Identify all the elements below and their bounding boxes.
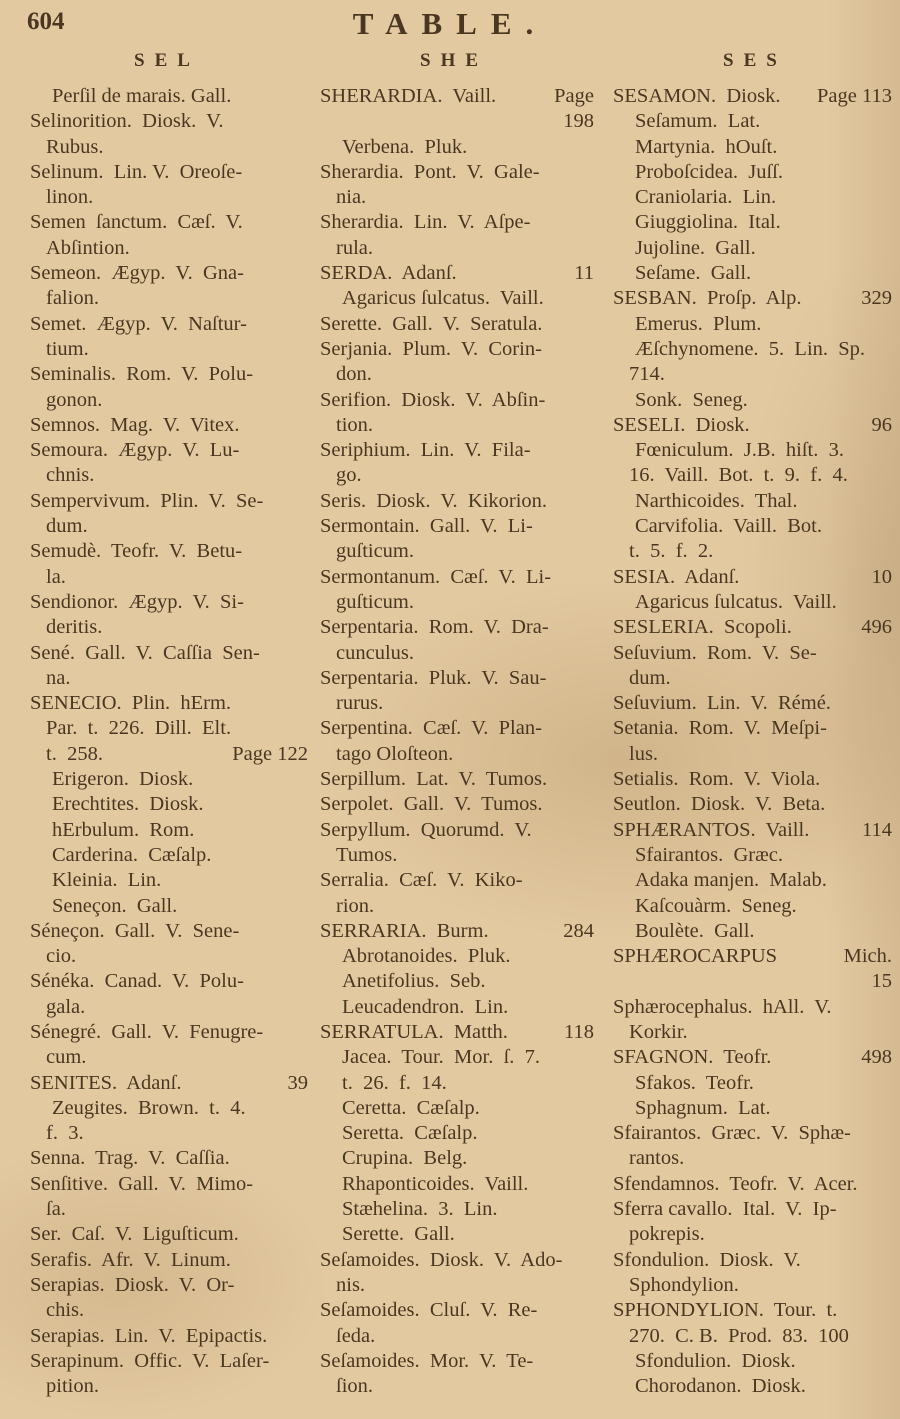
entry-text: Seſuvium. Rom. V. Se- bbox=[613, 641, 817, 666]
entry-text: guſticum. bbox=[336, 539, 414, 564]
entry-text: ſa. bbox=[46, 1197, 66, 1222]
index-entry: SFAGNON. Teofr.498 bbox=[613, 1045, 892, 1070]
entry-text: Narthicoides. Thal. bbox=[635, 489, 797, 514]
index-entry: Proboſcidea. Juſſ. bbox=[613, 160, 892, 185]
index-entry: Semet. Ægyp. V. Naſtur- bbox=[30, 312, 308, 337]
entry-text: Semnos. Mag. V. Vitex. bbox=[30, 413, 239, 438]
index-entry: Semen ſanctum. Cæſ. V. bbox=[30, 210, 308, 235]
index-entry: SENITES. Adanſ.39 bbox=[30, 1071, 308, 1096]
entry-text: Korkir. bbox=[629, 1020, 688, 1045]
index-entry: Seris. Diosk. V. Kikorion. bbox=[320, 489, 594, 514]
index-entry: ſa. bbox=[30, 1197, 308, 1222]
index-entry: rula. bbox=[320, 236, 594, 261]
entry-text: Boulète. Gall. bbox=[635, 919, 755, 944]
entry-text: Semoura. Ægyp. V. Lu- bbox=[30, 438, 239, 463]
entry-text: linon. bbox=[46, 185, 93, 210]
index-entry: SESBAN. Proſp. Alp.329 bbox=[613, 286, 892, 311]
entry-text: Kleinia. Lin. bbox=[52, 868, 161, 893]
entry-text: Sénéka. Canad. V. Polu- bbox=[30, 969, 244, 994]
entry-text: Sené. Gall. V. Caſſia Sen- bbox=[30, 641, 260, 666]
index-entry: Stæhelina. 3. Lin. bbox=[320, 1197, 594, 1222]
index-entry: SPHONDYLION. Tour. t. bbox=[613, 1298, 892, 1323]
index-entry: Erigeron. Diosk. bbox=[30, 767, 308, 792]
entry-text: Erigeron. Diosk. bbox=[52, 767, 193, 792]
index-entry: Serapinum. Offic. V. Laſer- bbox=[30, 1349, 308, 1374]
entry-text: Sherardia. Pont. V. Gale- bbox=[320, 160, 540, 185]
entry-text: chnis. bbox=[46, 463, 94, 488]
index-entry: Séneçon. Gall. V. Sene- bbox=[30, 919, 308, 944]
entry-text: go. bbox=[336, 463, 362, 488]
entry-text: Sphondylion. bbox=[629, 1273, 739, 1298]
index-entry: Semeon. Ægyp. V. Gna- bbox=[30, 261, 308, 286]
index-entry: Zeugites. Brown. t. 4. bbox=[30, 1096, 308, 1121]
entry-text: Semet. Ægyp. V. Naſtur- bbox=[30, 312, 247, 337]
entry-text: cio. bbox=[46, 944, 76, 969]
entry-text: dum. bbox=[46, 514, 88, 539]
page-reference: Mich. bbox=[844, 944, 892, 969]
entry-text: Carderina. Cæſalp. bbox=[52, 843, 211, 868]
entry-text: SESIA. Adanſ. bbox=[613, 565, 739, 590]
entry-text: na. bbox=[46, 666, 70, 691]
entry-text: Sendionor. Ægyp. V. Si- bbox=[30, 590, 244, 615]
entry-text: Kaſcouàrm. Seneg. bbox=[635, 894, 797, 919]
entry-text: SHERARDIA. Vaill. bbox=[320, 84, 496, 109]
page-reference: 118 bbox=[564, 1020, 594, 1045]
index-entry: Narthicoides. Thal. bbox=[613, 489, 892, 514]
entry-text: Serafis. Afr. V. Linum. bbox=[30, 1248, 231, 1273]
index-entry: Seſuvium. Rom. V. Se- bbox=[613, 641, 892, 666]
entry-text: rantos. bbox=[629, 1146, 684, 1171]
entry-text: rurus. bbox=[336, 691, 383, 716]
entry-text: Seſamoides. Cluſ. V. Re- bbox=[320, 1298, 537, 1323]
entry-text: Serralia. Cæſ. V. Kiko- bbox=[320, 868, 523, 893]
index-entry: 270. C. B. Prod. 83. 100 bbox=[613, 1324, 892, 1349]
index-entry: rurus. bbox=[320, 691, 594, 716]
entry-text: Carvifolia. Vaill. Bot. bbox=[635, 514, 822, 539]
index-entry: Sfakos. Teofr. bbox=[613, 1071, 892, 1096]
entry-text: Giuggiolina. Ital. bbox=[635, 210, 781, 235]
entry-text: SERRARIA. Burm. bbox=[320, 919, 489, 944]
entry-text: Seretta. Cæſalp. bbox=[342, 1121, 478, 1146]
index-entry: Serpentina. Cæſ. V. Plan- bbox=[320, 716, 594, 741]
index-entry: Anetifolius. Seb. bbox=[320, 969, 594, 994]
entry-text: Serette. Gall. V. Seratula. bbox=[320, 312, 542, 337]
entry-text: Sfondulion. Diosk. bbox=[635, 1349, 796, 1374]
entry-text: SENITES. Adanſ. bbox=[30, 1071, 181, 1096]
entry-text: Seſamum. Lat. bbox=[635, 109, 760, 134]
index-entry: Serpentaria. Pluk. V. Sau- bbox=[320, 666, 594, 691]
index-entry: 714. bbox=[613, 362, 892, 387]
index-entry: Senna. Trag. V. Caſſia. bbox=[30, 1146, 308, 1171]
entry-text: Senna. Trag. V. Caſſia. bbox=[30, 1146, 230, 1171]
entry-text: Serapias. Diosk. V. Or- bbox=[30, 1273, 234, 1298]
index-entry: Sferra cavallo. Ital. V. Ip- bbox=[613, 1197, 892, 1222]
index-entry: chnis. bbox=[30, 463, 308, 488]
index-entry: Sphagnum. Lat. bbox=[613, 1096, 892, 1121]
entry-text: 270. C. B. Prod. 83. 100 bbox=[629, 1324, 849, 1349]
entry-text: SESELI. Diosk. bbox=[613, 413, 750, 438]
index-entry: Carvifolia. Vaill. Bot. bbox=[613, 514, 892, 539]
entry-text: tium. bbox=[46, 337, 89, 362]
index-entry: SERDA. Adanſ.11 bbox=[320, 261, 594, 286]
entry-text: Rubus. bbox=[46, 135, 104, 160]
entry-text: gonon. bbox=[46, 388, 102, 413]
entry-text: rion. bbox=[336, 894, 374, 919]
entry-text: pition. bbox=[46, 1374, 99, 1399]
entry-text: Seriphium. Lin. V. Fila- bbox=[320, 438, 531, 463]
index-entry: Serafis. Afr. V. Linum. bbox=[30, 1248, 308, 1273]
entry-text: Zeugites. Brown. t. 4. bbox=[52, 1096, 246, 1121]
entry-text: Sphagnum. Lat. bbox=[635, 1096, 771, 1121]
index-entry: Agaricus ſulcatus. Vaill. bbox=[320, 286, 594, 311]
index-entry: Giuggiolina. Ital. bbox=[613, 210, 892, 235]
index-entry: don. bbox=[320, 362, 594, 387]
entry-text: Sfairantos. Græc. V. Sphæ- bbox=[613, 1121, 851, 1146]
entry-text: Sfondulion. Diosk. V. bbox=[613, 1248, 801, 1273]
index-entry: Serjania. Plum. V. Corin- bbox=[320, 337, 594, 362]
index-entry: Serifion. Diosk. V. Abſin- bbox=[320, 388, 594, 413]
index-entry: go. bbox=[320, 463, 594, 488]
index-entry: Semudè. Teofr. V. Betu- bbox=[30, 539, 308, 564]
entry-text: SESBAN. Proſp. Alp. bbox=[613, 286, 802, 311]
entry-text: Sénegré. Gall. V. Fenugre- bbox=[30, 1020, 263, 1045]
index-entry: Semoura. Ægyp. V. Lu- bbox=[30, 438, 308, 463]
index-entry: Seſamoides. Cluſ. V. Re- bbox=[320, 1298, 594, 1323]
index-entry: Seminalis. Rom. V. Polu- bbox=[30, 362, 308, 387]
index-entry: Serette. Gall. V. Seratula. bbox=[320, 312, 594, 337]
index-entry: SENECIO. Plin. hErm. bbox=[30, 691, 308, 716]
entry-text: Sfairantos. Græc. bbox=[635, 843, 783, 868]
entry-text: Agaricus ſulcatus. Vaill. bbox=[342, 286, 544, 311]
entry-text: ſeda. bbox=[336, 1324, 375, 1349]
entry-text: Seneçon. Gall. bbox=[52, 894, 177, 919]
entry-text: SPHONDYLION. Tour. t. bbox=[613, 1298, 837, 1323]
index-entry: 16. Vaill. Bot. t. 9. f. 4. bbox=[613, 463, 892, 488]
page-reference: Page bbox=[554, 84, 594, 109]
entry-text: Seutlon. Diosk. V. Beta. bbox=[613, 792, 825, 817]
entry-text: Semeon. Ægyp. V. Gna- bbox=[30, 261, 244, 286]
index-column-she: SHERARDIA. Vaill.Page198Verbena. Pluk.Sh… bbox=[320, 84, 594, 1399]
entry-text: ſion. bbox=[336, 1374, 373, 1399]
index-entry: Agaricus ſulcatus. Vaill. bbox=[613, 590, 892, 615]
index-entry: Sherardia. Pont. V. Gale- bbox=[320, 160, 594, 185]
index-entry: 15 bbox=[613, 969, 892, 994]
entry-text: SENECIO. Plin. hErm. bbox=[30, 691, 231, 716]
index-entry: Seſuvium. Lin. V. Rémé. bbox=[613, 691, 892, 716]
index-entry: Kaſcouàrm. Seneg. bbox=[613, 894, 892, 919]
index-entry: Chorodanon. Diosk. bbox=[613, 1374, 892, 1399]
entry-text: SERRATULA. Matth. bbox=[320, 1020, 508, 1045]
index-entry: SESAMON. Diosk.Page 113 bbox=[613, 84, 892, 109]
entry-text: Agaricus ſulcatus. Vaill. bbox=[635, 590, 837, 615]
entry-text: Abſintion. bbox=[46, 236, 130, 261]
entry-text: SPHÆROCARPUS bbox=[613, 944, 777, 969]
index-entry: falion. bbox=[30, 286, 308, 311]
entry-text: don. bbox=[336, 362, 372, 387]
entry-text: 16. Vaill. Bot. t. 9. f. 4. bbox=[629, 463, 848, 488]
entry-text: Craniolaria. Lin. bbox=[635, 185, 776, 210]
entry-text: dum. bbox=[629, 666, 671, 691]
index-entry: Sempervivum. Plin. V. Se- bbox=[30, 489, 308, 514]
index-entry: Abſintion. bbox=[30, 236, 308, 261]
entry-text: Serpolet. Gall. V. Tumos. bbox=[320, 792, 543, 817]
index-entry: Sendionor. Ægyp. V. Si- bbox=[30, 590, 308, 615]
entry-text: Stæhelina. 3. Lin. bbox=[342, 1197, 497, 1222]
index-entry: Carderina. Cæſalp. bbox=[30, 843, 308, 868]
index-entry: Verbena. Pluk. bbox=[320, 135, 594, 160]
entry-text: SESAMON. Diosk. bbox=[613, 84, 780, 109]
column-header-sel: SEL bbox=[134, 50, 200, 72]
index-entry: tion. bbox=[320, 413, 594, 438]
page-reference: Page 122 bbox=[232, 742, 308, 767]
index-entry: Serpyllum. Quorumd. V. bbox=[320, 818, 594, 843]
entry-text: Verbena. Pluk. bbox=[342, 135, 467, 160]
index-entry: Serpolet. Gall. V. Tumos. bbox=[320, 792, 594, 817]
index-entry: Senſitive. Gall. V. Mimo- bbox=[30, 1172, 308, 1197]
entry-text: Abrotanoides. Pluk. bbox=[342, 944, 511, 969]
page-reference: 15 bbox=[872, 969, 893, 994]
index-entry: t. 258.Page 122 bbox=[30, 742, 308, 767]
entry-text: Setialis. Rom. V. Viola. bbox=[613, 767, 820, 792]
index-entry: Serapias. Lin. V. Epipactis. bbox=[30, 1324, 308, 1349]
entry-text: Ser. Caſ. V. Liguſticum. bbox=[30, 1222, 239, 1247]
entry-text: Sempervivum. Plin. V. Se- bbox=[30, 489, 263, 514]
index-entry: Serpentaria. Rom. V. Dra- bbox=[320, 615, 594, 640]
index-entry: Seſamoides. Diosk. V. Ado- bbox=[320, 1248, 594, 1273]
index-entry: dum. bbox=[30, 514, 308, 539]
index-entry: Tumos. bbox=[320, 843, 594, 868]
entry-text: Sonk. Seneg. bbox=[635, 388, 748, 413]
entry-text: Serapias. Lin. V. Epipactis. bbox=[30, 1324, 267, 1349]
entry-text: t. 258. bbox=[46, 742, 103, 767]
index-entry: Korkir. bbox=[613, 1020, 892, 1045]
entry-text: Seminalis. Rom. V. Polu- bbox=[30, 362, 253, 387]
page-reference: 11 bbox=[574, 261, 594, 286]
entry-text: tion. bbox=[336, 413, 373, 438]
index-entry: t. 5. f. 2. bbox=[613, 539, 892, 564]
index-entry: Sfendamnos. Teofr. V. Acer. bbox=[613, 1172, 892, 1197]
entry-text: Par. t. 226. Dill. Elt. bbox=[46, 716, 231, 741]
entry-text: deritis. bbox=[46, 615, 102, 640]
index-entry: Martynia. hOuſt. bbox=[613, 135, 892, 160]
entry-text: Æſchynomene. 5. Lin. Sp. bbox=[635, 337, 865, 362]
page-title: TABLE. bbox=[0, 6, 900, 42]
entry-text: Serpentina. Cæſ. V. Plan- bbox=[320, 716, 542, 741]
index-entry: Craniolaria. Lin. bbox=[613, 185, 892, 210]
index-entry: Sené. Gall. V. Caſſia Sen- bbox=[30, 641, 308, 666]
index-entry: chis. bbox=[30, 1298, 308, 1323]
entry-text: hErbulum. Rom. bbox=[52, 818, 194, 843]
entry-text: chis. bbox=[46, 1298, 84, 1323]
index-entry: rion. bbox=[320, 894, 594, 919]
index-entry: guſticum. bbox=[320, 590, 594, 615]
index-entry: gala. bbox=[30, 995, 308, 1020]
entry-text: Seris. Diosk. V. Kikorion. bbox=[320, 489, 547, 514]
index-entry: Leucadendron. Lin. bbox=[320, 995, 594, 1020]
column-header-she: SHE bbox=[420, 50, 488, 72]
entry-text: Sferra cavallo. Ital. V. Ip- bbox=[613, 1197, 837, 1222]
entry-text: Serifion. Diosk. V. Abſin- bbox=[320, 388, 545, 413]
entry-text: Séneçon. Gall. V. Sene- bbox=[30, 919, 239, 944]
entry-text: Setania. Rom. V. Meſpi- bbox=[613, 716, 827, 741]
index-entry: Ser. Caſ. V. Liguſticum. bbox=[30, 1222, 308, 1247]
index-entry: nia. bbox=[320, 185, 594, 210]
index-entry: cum. bbox=[30, 1045, 308, 1070]
index-entry: Boulète. Gall. bbox=[613, 919, 892, 944]
index-entry: Sfondulion. Diosk. V. bbox=[613, 1248, 892, 1273]
index-entry: guſticum. bbox=[320, 539, 594, 564]
entry-text: Chorodanon. Diosk. bbox=[635, 1374, 806, 1399]
index-entry: cunculus. bbox=[320, 641, 594, 666]
entry-text: Selinorition. Diosk. V. bbox=[30, 109, 223, 134]
entry-text: SERDA. Adanſ. bbox=[320, 261, 457, 286]
entry-text: f. 3. bbox=[46, 1121, 84, 1146]
index-entry: Seutlon. Diosk. V. Beta. bbox=[613, 792, 892, 817]
entry-text: Seſuvium. Lin. V. Rémé. bbox=[613, 691, 831, 716]
entry-text: Ceretta. Cæſalp. bbox=[342, 1096, 480, 1121]
index-entry: Sfairantos. Græc. bbox=[613, 843, 892, 868]
index-entry: gonon. bbox=[30, 388, 308, 413]
index-entry: SERRARIA. Burm.284 bbox=[320, 919, 594, 944]
entry-text: Seſame. Gall. bbox=[635, 261, 751, 286]
index-entry: Serpillum. Lat. V. Tumos. bbox=[320, 767, 594, 792]
entry-text: Martynia. hOuſt. bbox=[635, 135, 777, 160]
index-entry: ſion. bbox=[320, 1374, 594, 1399]
entry-text: gala. bbox=[46, 995, 85, 1020]
index-entry: nis. bbox=[320, 1273, 594, 1298]
index-entry: SPHÆRANTOS. Vaill.114 bbox=[613, 818, 892, 843]
page-reference: Page 113 bbox=[817, 84, 892, 109]
entry-text: t. 5. f. 2. bbox=[629, 539, 713, 564]
entry-text: Serpentaria. Pluk. V. Sau- bbox=[320, 666, 546, 691]
entry-text: Erechtites. Diosk. bbox=[52, 792, 203, 817]
entry-text: Anetifolius. Seb. bbox=[342, 969, 486, 994]
index-entry: Serapias. Diosk. V. Or- bbox=[30, 1273, 308, 1298]
entry-text: Rhaponticoides. Vaill. bbox=[342, 1172, 528, 1197]
page-reference: 496 bbox=[861, 615, 892, 640]
index-entry: SESELI. Diosk.96 bbox=[613, 413, 892, 438]
entry-text: rula. bbox=[336, 236, 373, 261]
index-entry: Ceretta. Cæſalp. bbox=[320, 1096, 594, 1121]
page-reference: 96 bbox=[872, 413, 893, 438]
entry-text: Sherardia. Lin. V. Aſpe- bbox=[320, 210, 530, 235]
index-entry: tago Oloſteon. bbox=[320, 742, 594, 767]
index-entry: Selinum. Lin. V. Oreoſe- bbox=[30, 160, 308, 185]
index-entry: Sermontanum. Cæſ. V. Li- bbox=[320, 565, 594, 590]
index-entry: Serralia. Cæſ. V. Kiko- bbox=[320, 868, 594, 893]
index-entry: Seſamum. Lat. bbox=[613, 109, 892, 134]
entry-text: SFAGNON. Teofr. bbox=[613, 1045, 771, 1070]
index-entry: na. bbox=[30, 666, 308, 691]
index-entry: Perſil de marais. Gall. bbox=[30, 84, 308, 109]
index-entry: linon. bbox=[30, 185, 308, 210]
page-reference: 198 bbox=[563, 109, 594, 134]
entry-text: Adaka manjen. Malab. bbox=[635, 868, 827, 893]
entry-text: Senſitive. Gall. V. Mimo- bbox=[30, 1172, 253, 1197]
entry-text: Sphærocephalus. hAll. V. bbox=[613, 995, 831, 1020]
entry-text: Sermontanum. Cæſ. V. Li- bbox=[320, 565, 551, 590]
index-entry: Selinorition. Diosk. V. bbox=[30, 109, 308, 134]
entry-text: Jujoline. Gall. bbox=[635, 236, 756, 261]
index-entry: Par. t. 226. Dill. Elt. bbox=[30, 716, 308, 741]
index-entry: pokrepis. bbox=[613, 1222, 892, 1247]
entry-text: Fœniculum. J.B. hiſt. 3. bbox=[635, 438, 844, 463]
index-entry: rantos. bbox=[613, 1146, 892, 1171]
page-reference: 10 bbox=[872, 565, 893, 590]
index-entry: Adaka manjen. Malab. bbox=[613, 868, 892, 893]
entry-text: cunculus. bbox=[336, 641, 414, 666]
page-reference: 39 bbox=[288, 1071, 309, 1096]
entry-text: pokrepis. bbox=[629, 1222, 705, 1247]
index-entry: SERRATULA. Matth.118 bbox=[320, 1020, 594, 1045]
index-entry: Sphærocephalus. hAll. V. bbox=[613, 995, 892, 1020]
entry-text: Perſil de marais. Gall. bbox=[52, 84, 231, 109]
entry-text: Crupina. Belg. bbox=[342, 1146, 467, 1171]
index-entry: ſeda. bbox=[320, 1324, 594, 1349]
entry-text: la. bbox=[46, 565, 66, 590]
index-entry: Semnos. Mag. V. Vitex. bbox=[30, 413, 308, 438]
entry-text: tago Oloſteon. bbox=[336, 742, 453, 767]
page-reference: 498 bbox=[861, 1045, 892, 1070]
entry-text: Selinum. Lin. V. Oreoſe- bbox=[30, 160, 242, 185]
entry-text: Tumos. bbox=[336, 843, 397, 868]
index-entry: deritis. bbox=[30, 615, 308, 640]
index-entry: Jacea. Tour. Mor. ſ. 7. bbox=[320, 1045, 594, 1070]
entry-text: falion. bbox=[46, 286, 99, 311]
index-entry: Sermontain. Gall. V. Li- bbox=[320, 514, 594, 539]
index-entry: Seneçon. Gall. bbox=[30, 894, 308, 919]
entry-text: Serpillum. Lat. V. Tumos. bbox=[320, 767, 547, 792]
entry-text: SESLERIA. Scopoli. bbox=[613, 615, 792, 640]
entry-text: Serjania. Plum. V. Corin- bbox=[320, 337, 542, 362]
index-entry: Kleinia. Lin. bbox=[30, 868, 308, 893]
index-entry: Sénéka. Canad. V. Polu- bbox=[30, 969, 308, 994]
entry-text: Semen ſanctum. Cæſ. V. bbox=[30, 210, 243, 235]
entry-text: SPHÆRANTOS. Vaill. bbox=[613, 818, 809, 843]
entry-text: t. 26. f. 14. bbox=[342, 1071, 447, 1096]
index-entry: Seſamoides. Mor. V. Te- bbox=[320, 1349, 594, 1374]
entry-text: Leucadendron. Lin. bbox=[342, 995, 508, 1020]
index-entry: la. bbox=[30, 565, 308, 590]
index-entry: Emerus. Plum. bbox=[613, 312, 892, 337]
index-entry: Sfairantos. Græc. V. Sphæ- bbox=[613, 1121, 892, 1146]
column-header-ses: SES bbox=[723, 50, 787, 72]
index-entry: Seretta. Cæſalp. bbox=[320, 1121, 594, 1146]
index-entry: pition. bbox=[30, 1374, 308, 1399]
entry-text: Sfakos. Teofr. bbox=[635, 1071, 754, 1096]
index-entry: SESLERIA. Scopoli.496 bbox=[613, 615, 892, 640]
entry-text: 714. bbox=[629, 362, 665, 387]
page-reference: 329 bbox=[861, 286, 892, 311]
index-entry: SESIA. Adanſ.10 bbox=[613, 565, 892, 590]
index-entry: Rubus. bbox=[30, 135, 308, 160]
index-entry: Sénegré. Gall. V. Fenugre- bbox=[30, 1020, 308, 1045]
entry-text: Emerus. Plum. bbox=[635, 312, 761, 337]
book-page: 604 TABLE. SEL SHE SES Perſil de marais.… bbox=[0, 0, 900, 1419]
index-entry: cio. bbox=[30, 944, 308, 969]
entry-text: Seſamoides. Diosk. V. Ado- bbox=[320, 1248, 562, 1273]
index-entry: Seriphium. Lin. V. Fila- bbox=[320, 438, 594, 463]
index-entry: dum. bbox=[613, 666, 892, 691]
entry-text: Semudè. Teofr. V. Betu- bbox=[30, 539, 242, 564]
entry-text: Jacea. Tour. Mor. ſ. 7. bbox=[342, 1045, 540, 1070]
index-column-ses: SESAMON. Diosk.Page 113Seſamum. Lat.Mart… bbox=[613, 84, 892, 1399]
index-entry: Sfondulion. Diosk. bbox=[613, 1349, 892, 1374]
entry-text: guſticum. bbox=[336, 590, 414, 615]
entry-text: Serette. Gall. bbox=[342, 1222, 455, 1247]
page-reference: 284 bbox=[563, 919, 594, 944]
index-entry: hErbulum. Rom. bbox=[30, 818, 308, 843]
